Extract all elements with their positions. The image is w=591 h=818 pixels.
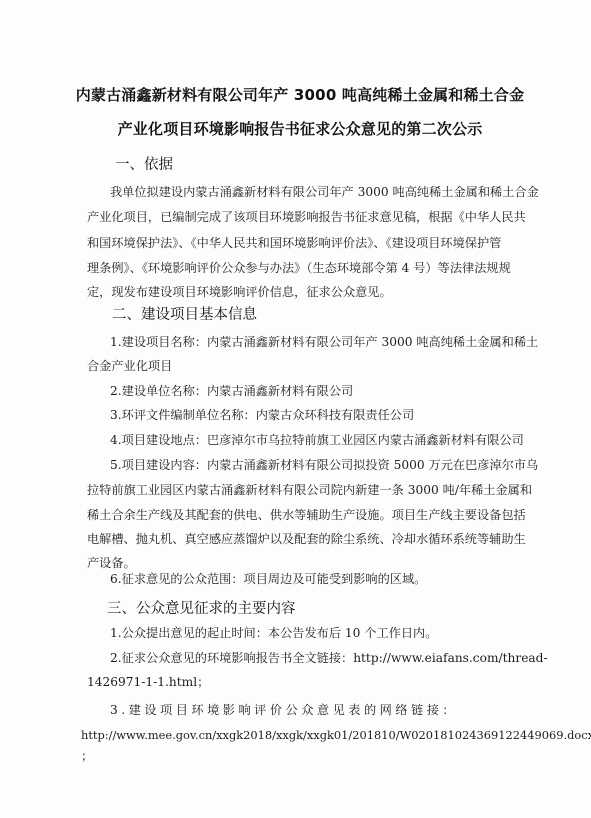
info-item-content-cont: 电解槽、抛丸机、真空感应蒸馏炉以及配套的除尘系统、冷却水循环系统等辅助生	[87, 532, 511, 546]
section-heading-basis: 一、依据	[115, 153, 173, 174]
document-page: 内蒙古涌鑫新材料有限公司年产 3000 吨高纯稀土金属和稀土合金 产业化项目环境…	[0, 0, 591, 818]
info-item-project-name-cont: 合金产业化项目	[87, 359, 511, 373]
content-item-report-link[interactable]: 2.征求公众意见的环境影响报告书全文链接：http://www.eiafans.…	[110, 651, 511, 665]
content-item-period: 1.公众提出意见的起止时间：本公告发布后 10 个工作日内。	[110, 626, 511, 640]
document-title-line-2: 产业化项目环境影响报告书征求公众意见的第二次公示	[60, 118, 540, 139]
info-item-content-cont: 拉特前旗工业园区内蒙古涌鑫新材料有限公司院内新建一条 3000 吨/年稀土金属和	[87, 483, 511, 497]
paragraph-line: 我单位拟建设内蒙古涌鑫新材料有限公司年产 3000 吨高纯稀土金属和稀土合金	[110, 185, 511, 199]
paragraph-line: 定，现发布建设项目环境影响评价信息，征求公众意见。	[87, 285, 511, 299]
info-item-content-cont: 产设备。	[87, 556, 511, 570]
paragraph-line: 理条例》、《环境影响评价公众参与办法》（生态环境部令第 4 号）等法律法规规	[87, 261, 511, 275]
content-item-form-url[interactable]: http://www.mee.gov.cn/xxgk2018/xxgk/xxgk…	[81, 728, 505, 742]
section-heading-main-content: 三、公众意见征求的主要内容	[107, 597, 296, 618]
info-item-builder: 2.建设单位名称：内蒙古涌鑫新材料有限公司	[110, 384, 511, 398]
section-heading-project-info: 二、建设项目基本信息	[112, 303, 257, 324]
info-item-content-cont: 稀土合余生产线及其配套的供电、供水等辅助生产设施。项目生产线主要设备包括	[87, 508, 511, 522]
paragraph-line: 产业化项目，已编制完成了该项目环境影响报告书征求意见稿，根据《中华人民共	[87, 210, 511, 224]
paragraph-line: 和国环境保护法》、《中华人民共和国环境影响评价法》、《建设项目环境保护管	[87, 236, 511, 250]
document-title-line-1: 内蒙古涌鑫新材料有限公司年产 3000 吨高纯稀土金属和稀土合金	[60, 84, 540, 105]
content-item-form-url-end: ；	[81, 749, 505, 763]
info-item-location: 4.项目建设地点：巴彦淖尔市乌拉特前旗工业园区内蒙古涌鑫新材料有限公司	[110, 433, 511, 447]
content-item-report-link-cont[interactable]: 1426971-1-1.html；	[87, 675, 511, 689]
info-item-eia-preparer: 3.环评文件编制单位名称：内蒙古众环科技有限责任公司	[110, 408, 511, 422]
info-item-content: 5.项目建设内容：内蒙古涌鑫新材料有限公司拟投资 5000 万元在巴彦淖尔市乌	[110, 458, 511, 472]
content-item-form-link: 3.建设项目环境影响评价公众意见表的网络链接：	[110, 703, 520, 717]
info-item-scope: 6.征求意见的公众范围：项目周边及可能受到影响的区域。	[110, 572, 511, 586]
info-item-project-name: 1.建设项目名称：内蒙古涌鑫新材料有限公司年产 3000 吨高纯稀土金属和稀土	[110, 335, 511, 349]
